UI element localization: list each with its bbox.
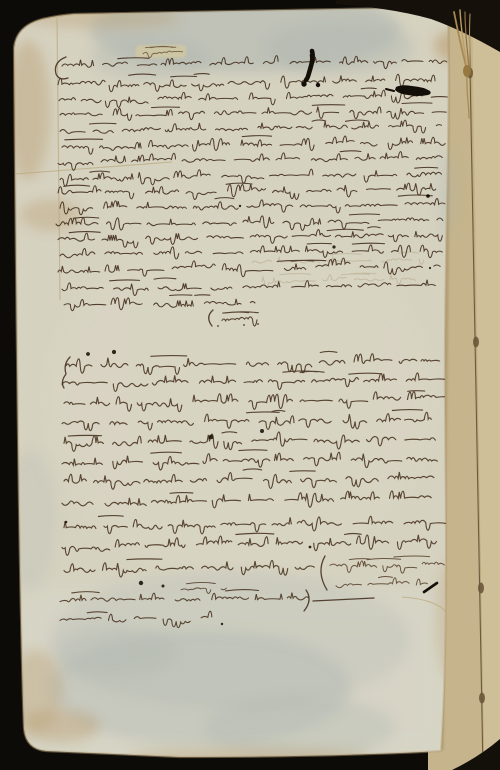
archival-photo xyxy=(0,0,500,770)
manuscript-photo xyxy=(0,0,500,770)
